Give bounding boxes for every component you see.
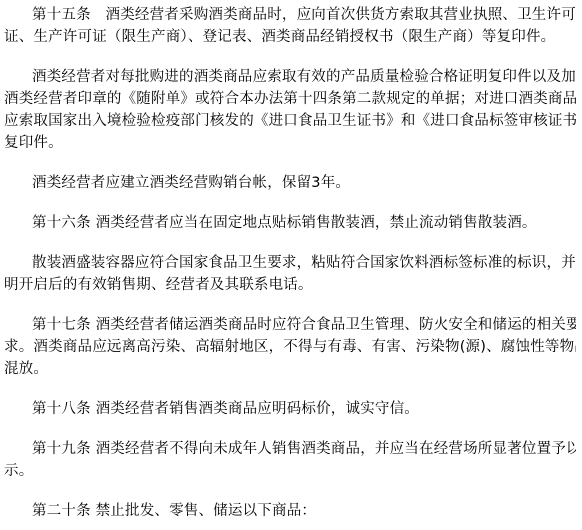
- text-line: 证、生产许可证（限生产商）、登记表、酒类商品经销授权书（限生产商）等复印件。: [4, 26, 576, 48]
- paragraph-article-18: 第十八条 酒类经营者销售酒类商品应明码标价，诚实守信。: [4, 398, 576, 420]
- paragraph-article-15-clause-3: 酒类经营者应建立酒类经营购销台帐，保留3年。: [4, 172, 576, 194]
- paragraph-article-16: 第十六条 酒类经营者应当在固定地点贴标销售散装酒，禁止流动销售散装酒。: [4, 212, 576, 234]
- text-line: 复印件。: [4, 132, 576, 154]
- paragraph-article-16-clause-2: 散装酒盛装容器应符合国家食品卫生要求，粘贴符合国家饮料酒标签标准的标识，并标 明…: [4, 252, 576, 296]
- text-line: 第十七条 酒类经营者储运酒类商品时应符合食品卫生管理、防火安全和储运的相关要: [4, 314, 576, 336]
- text-line: 第十六条 酒类经营者应当在固定地点贴标销售散装酒，禁止流动销售散装酒。: [4, 212, 576, 234]
- text-line: 混放。: [4, 358, 576, 380]
- text-line: 示。: [4, 460, 576, 482]
- paragraph-article-17: 第十七条 酒类经营者储运酒类商品时应符合食品卫生管理、防火安全和储运的相关要 求…: [4, 314, 576, 380]
- text-line: 酒类经营者印章的《随附单》或符合本办法第十四条第二款规定的单据；对进口酒类商品还: [4, 88, 576, 110]
- text-line: 酒类经营者应建立酒类经营购销台帐，保留3年。: [4, 172, 576, 194]
- document-page: 第十五条 酒类经营者采购酒类商品时，应向首次供货方索取其营业执照、卫生许可 证、…: [0, 0, 582, 530]
- paragraph-article-19: 第十九条 酒类经营者不得向未成年人销售酒类商品，并应当在经营场所显著位置予以明 …: [4, 438, 576, 482]
- paragraph-article-15: 第十五条 酒类经营者采购酒类商品时，应向首次供货方索取其营业执照、卫生许可 证、…: [4, 4, 576, 48]
- text-line: 散装酒盛装容器应符合国家食品卫生要求，粘贴符合国家饮料酒标签标准的标识，并标: [4, 252, 576, 274]
- text-line: 第二十条 禁止批发、零售、储运以下商品：: [4, 500, 576, 522]
- text-line: 应索取国家出入境检验检疫部门核发的《进口食品卫生证书》和《进口食品标签审核证书》: [4, 110, 576, 132]
- paragraph-article-20: 第二十条 禁止批发、零售、储运以下商品：: [4, 500, 576, 522]
- text-line: 酒类经营者对每批购进的酒类商品应索取有效的产品质量检验合格证明复印件以及加盖: [4, 66, 576, 88]
- text-line: 第十八条 酒类经营者销售酒类商品应明码标价，诚实守信。: [4, 398, 576, 420]
- text-line: 第十九条 酒类经营者不得向未成年人销售酒类商品，并应当在经营场所显著位置予以明: [4, 438, 576, 460]
- text-line: 第十五条 酒类经营者采购酒类商品时，应向首次供货方索取其营业执照、卫生许可: [4, 4, 576, 26]
- text-line: 求。酒类商品应远离高污染、高辐射地区，不得与有毒、有害、污染物(源)、腐蚀性等物…: [4, 336, 576, 358]
- text-line: 明开启后的有效销售期、经营者及其联系电话。: [4, 274, 576, 296]
- paragraph-article-15-clause-2: 酒类经营者对每批购进的酒类商品应索取有效的产品质量检验合格证明复印件以及加盖 酒…: [4, 66, 576, 154]
